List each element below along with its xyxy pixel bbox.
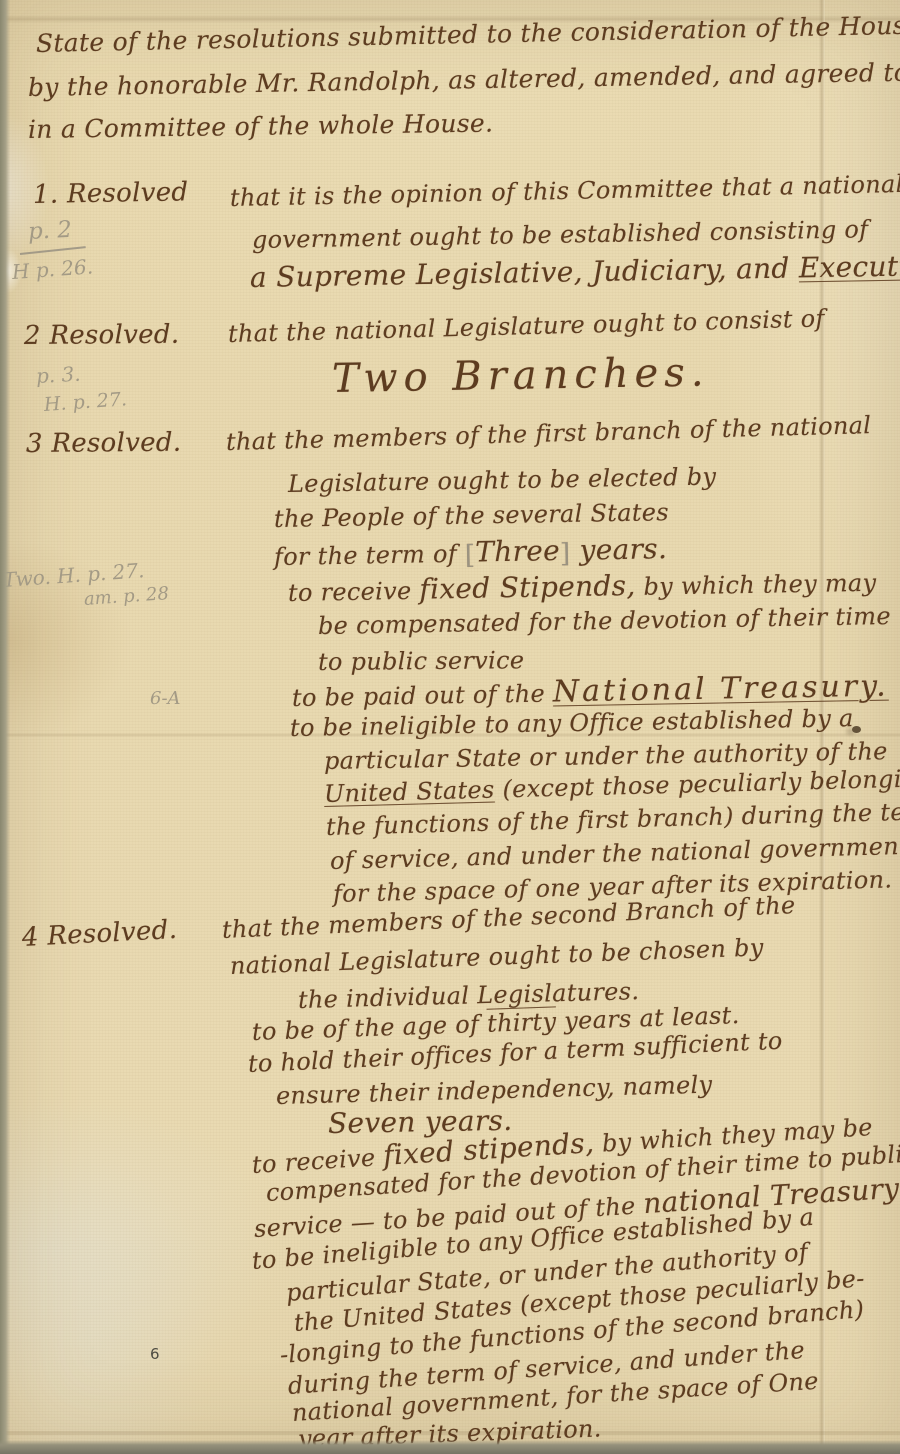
pencil-note-hp26: H p. 26. bbox=[11, 256, 93, 282]
two-branches-text: Two Branches. bbox=[332, 349, 710, 402]
resolution-1-label: 1. Resolved bbox=[33, 178, 189, 211]
three-text: Three bbox=[475, 534, 560, 568]
heading-line-2: by the honorable Mr. Randolph, as altere… bbox=[28, 59, 900, 103]
pencil-note-am-p28: am. p. 28 bbox=[83, 585, 169, 609]
manuscript-page: State of the resolutions submitted to th… bbox=[0, 0, 900, 1454]
paid-out-text: to be paid out of the bbox=[292, 679, 553, 712]
paper-left-edge bbox=[0, 0, 10, 1454]
heading-line-3: in a Committee of the whole House. bbox=[28, 110, 494, 145]
resolution-3-label: 3 Resolved. bbox=[26, 429, 182, 460]
resolution-2-line-1: that the national Legislature ought to c… bbox=[228, 305, 825, 348]
resolution-4-label: 4 Resolved. bbox=[21, 916, 178, 954]
resolution-1-line-3: a Supreme Legislative, Judiciary, and Ex… bbox=[250, 250, 900, 294]
pencil-note-p2: p. 2 bbox=[27, 219, 72, 244]
pencil-underline bbox=[20, 246, 86, 255]
resolution-3-line-7: to public service bbox=[318, 647, 525, 676]
resolution-1-line-1: that it is the opinion of this Committee… bbox=[230, 171, 900, 213]
united-states-underlined: United States bbox=[324, 776, 495, 808]
resolution-4-line-2: national Legislature ought to be chosen … bbox=[230, 934, 765, 980]
by-which-text: by which they may bbox=[635, 569, 876, 601]
to-receive-text: to receive bbox=[288, 577, 420, 607]
fixed-stipends-text: fixed Stipends, bbox=[419, 569, 636, 606]
resolution-3-line-2: Legislature ought to be elected by bbox=[288, 464, 717, 499]
resolution-2-label: 2 Resolved. bbox=[24, 321, 180, 352]
resolution-1-line-2: government ought to be established consi… bbox=[252, 216, 869, 254]
page-number: 6 bbox=[150, 1345, 160, 1363]
term-of-text: for the term of bbox=[274, 540, 465, 571]
paper-bottom-edge bbox=[0, 1440, 900, 1454]
pencil-note-p3: p. 3. bbox=[35, 364, 81, 386]
national-treasury-text: National Treasury. bbox=[553, 669, 889, 710]
executive-underlined: Executive. bbox=[798, 249, 900, 285]
resolution-3-line-6: be compensated for the devotion of their… bbox=[318, 603, 891, 641]
pencil-note-hp27: H. p. 27. bbox=[43, 390, 127, 415]
resolution-1-line-3-text: a Supreme Legislative, Judiciary, and bbox=[250, 251, 799, 294]
resolution-3-line-3: the People of the several States bbox=[274, 499, 669, 533]
thirty-overlined: thirty bbox=[487, 1007, 557, 1037]
years-text: years. bbox=[570, 532, 667, 567]
resolution-3-line-1: that the members of the first branch of … bbox=[226, 412, 872, 456]
pencil-note-6a: 6-A bbox=[150, 690, 181, 708]
